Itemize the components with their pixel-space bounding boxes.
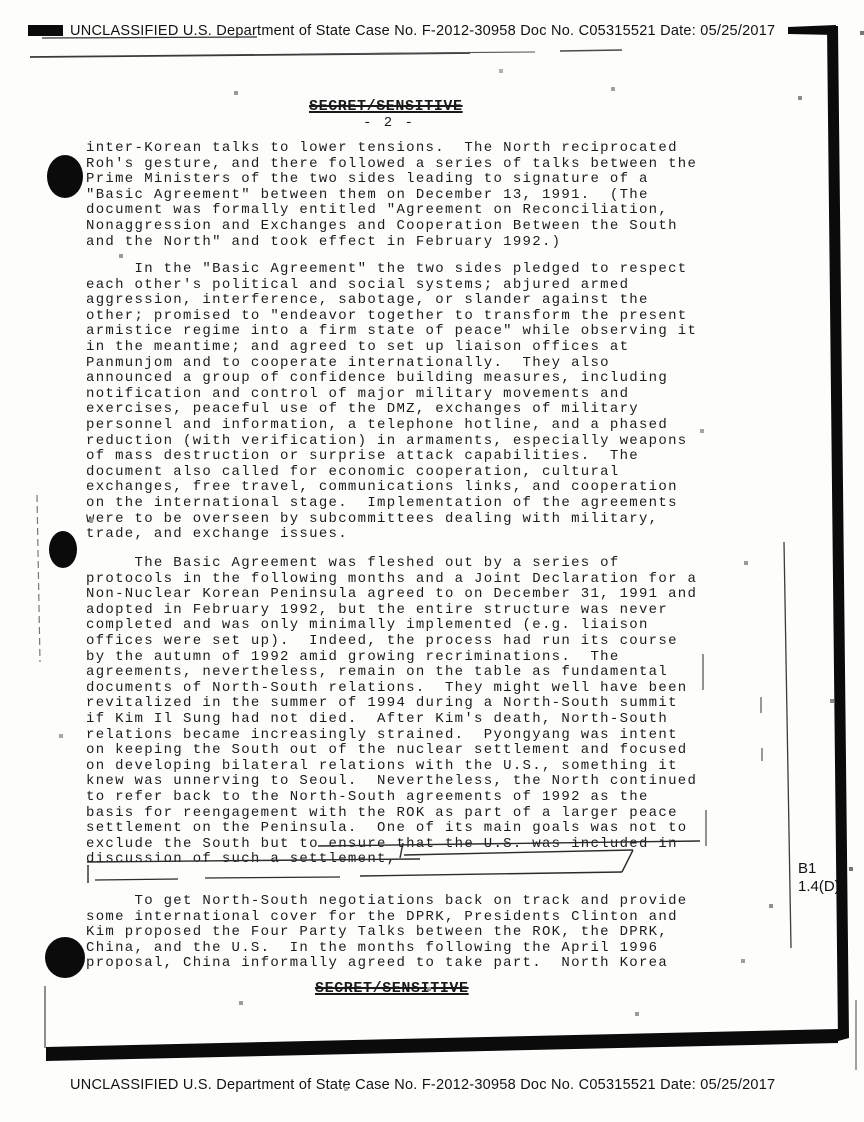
hole-punch-mark (49, 531, 77, 568)
scan-noise-specks (0, 0, 2, 2)
header-right-bar-stub (788, 25, 836, 35)
classification-marking-top: SECRET/SENSITIVE (309, 98, 463, 115)
exemption-code-b1: B1 (798, 860, 840, 878)
hole-punch-mark (47, 155, 83, 198)
bottom-edge-scan-bar (46, 1029, 838, 1061)
header-divider-dash (560, 50, 622, 51)
header-divider-line-faint (300, 52, 535, 54)
left-edge-faint-line (37, 495, 40, 662)
redaction-bar (28, 25, 63, 36)
header-classification-line: UNCLASSIFIED U.S. Department of State Ca… (70, 23, 775, 39)
declass-exemption-note: B1 1.4(D) (798, 860, 840, 896)
footer-classification-line: UNCLASSIFIED U.S. Department of State Ca… (70, 1077, 775, 1093)
margin-note-vertical-line (784, 542, 791, 948)
header-divider-line (30, 53, 470, 57)
exemption-code-14d: 1.4(D) (798, 878, 840, 896)
page-number: - 2 - (363, 115, 415, 131)
hole-punch-mark (45, 937, 85, 978)
paragraph: In the "Basic Agreement" the two sides p… (86, 262, 697, 543)
classification-marking-bottom: SECRET/SENSITIVE (315, 980, 469, 997)
document-page: UNCLASSIFIED U.S. Department of State Ca… (0, 0, 864, 1122)
paragraph: To get North-South negotiations back on … (86, 894, 687, 972)
paragraph: The Basic Agreement was fleshed out by a… (86, 556, 697, 868)
paragraph: inter-Korean talks to lower tensions. Th… (86, 141, 697, 250)
